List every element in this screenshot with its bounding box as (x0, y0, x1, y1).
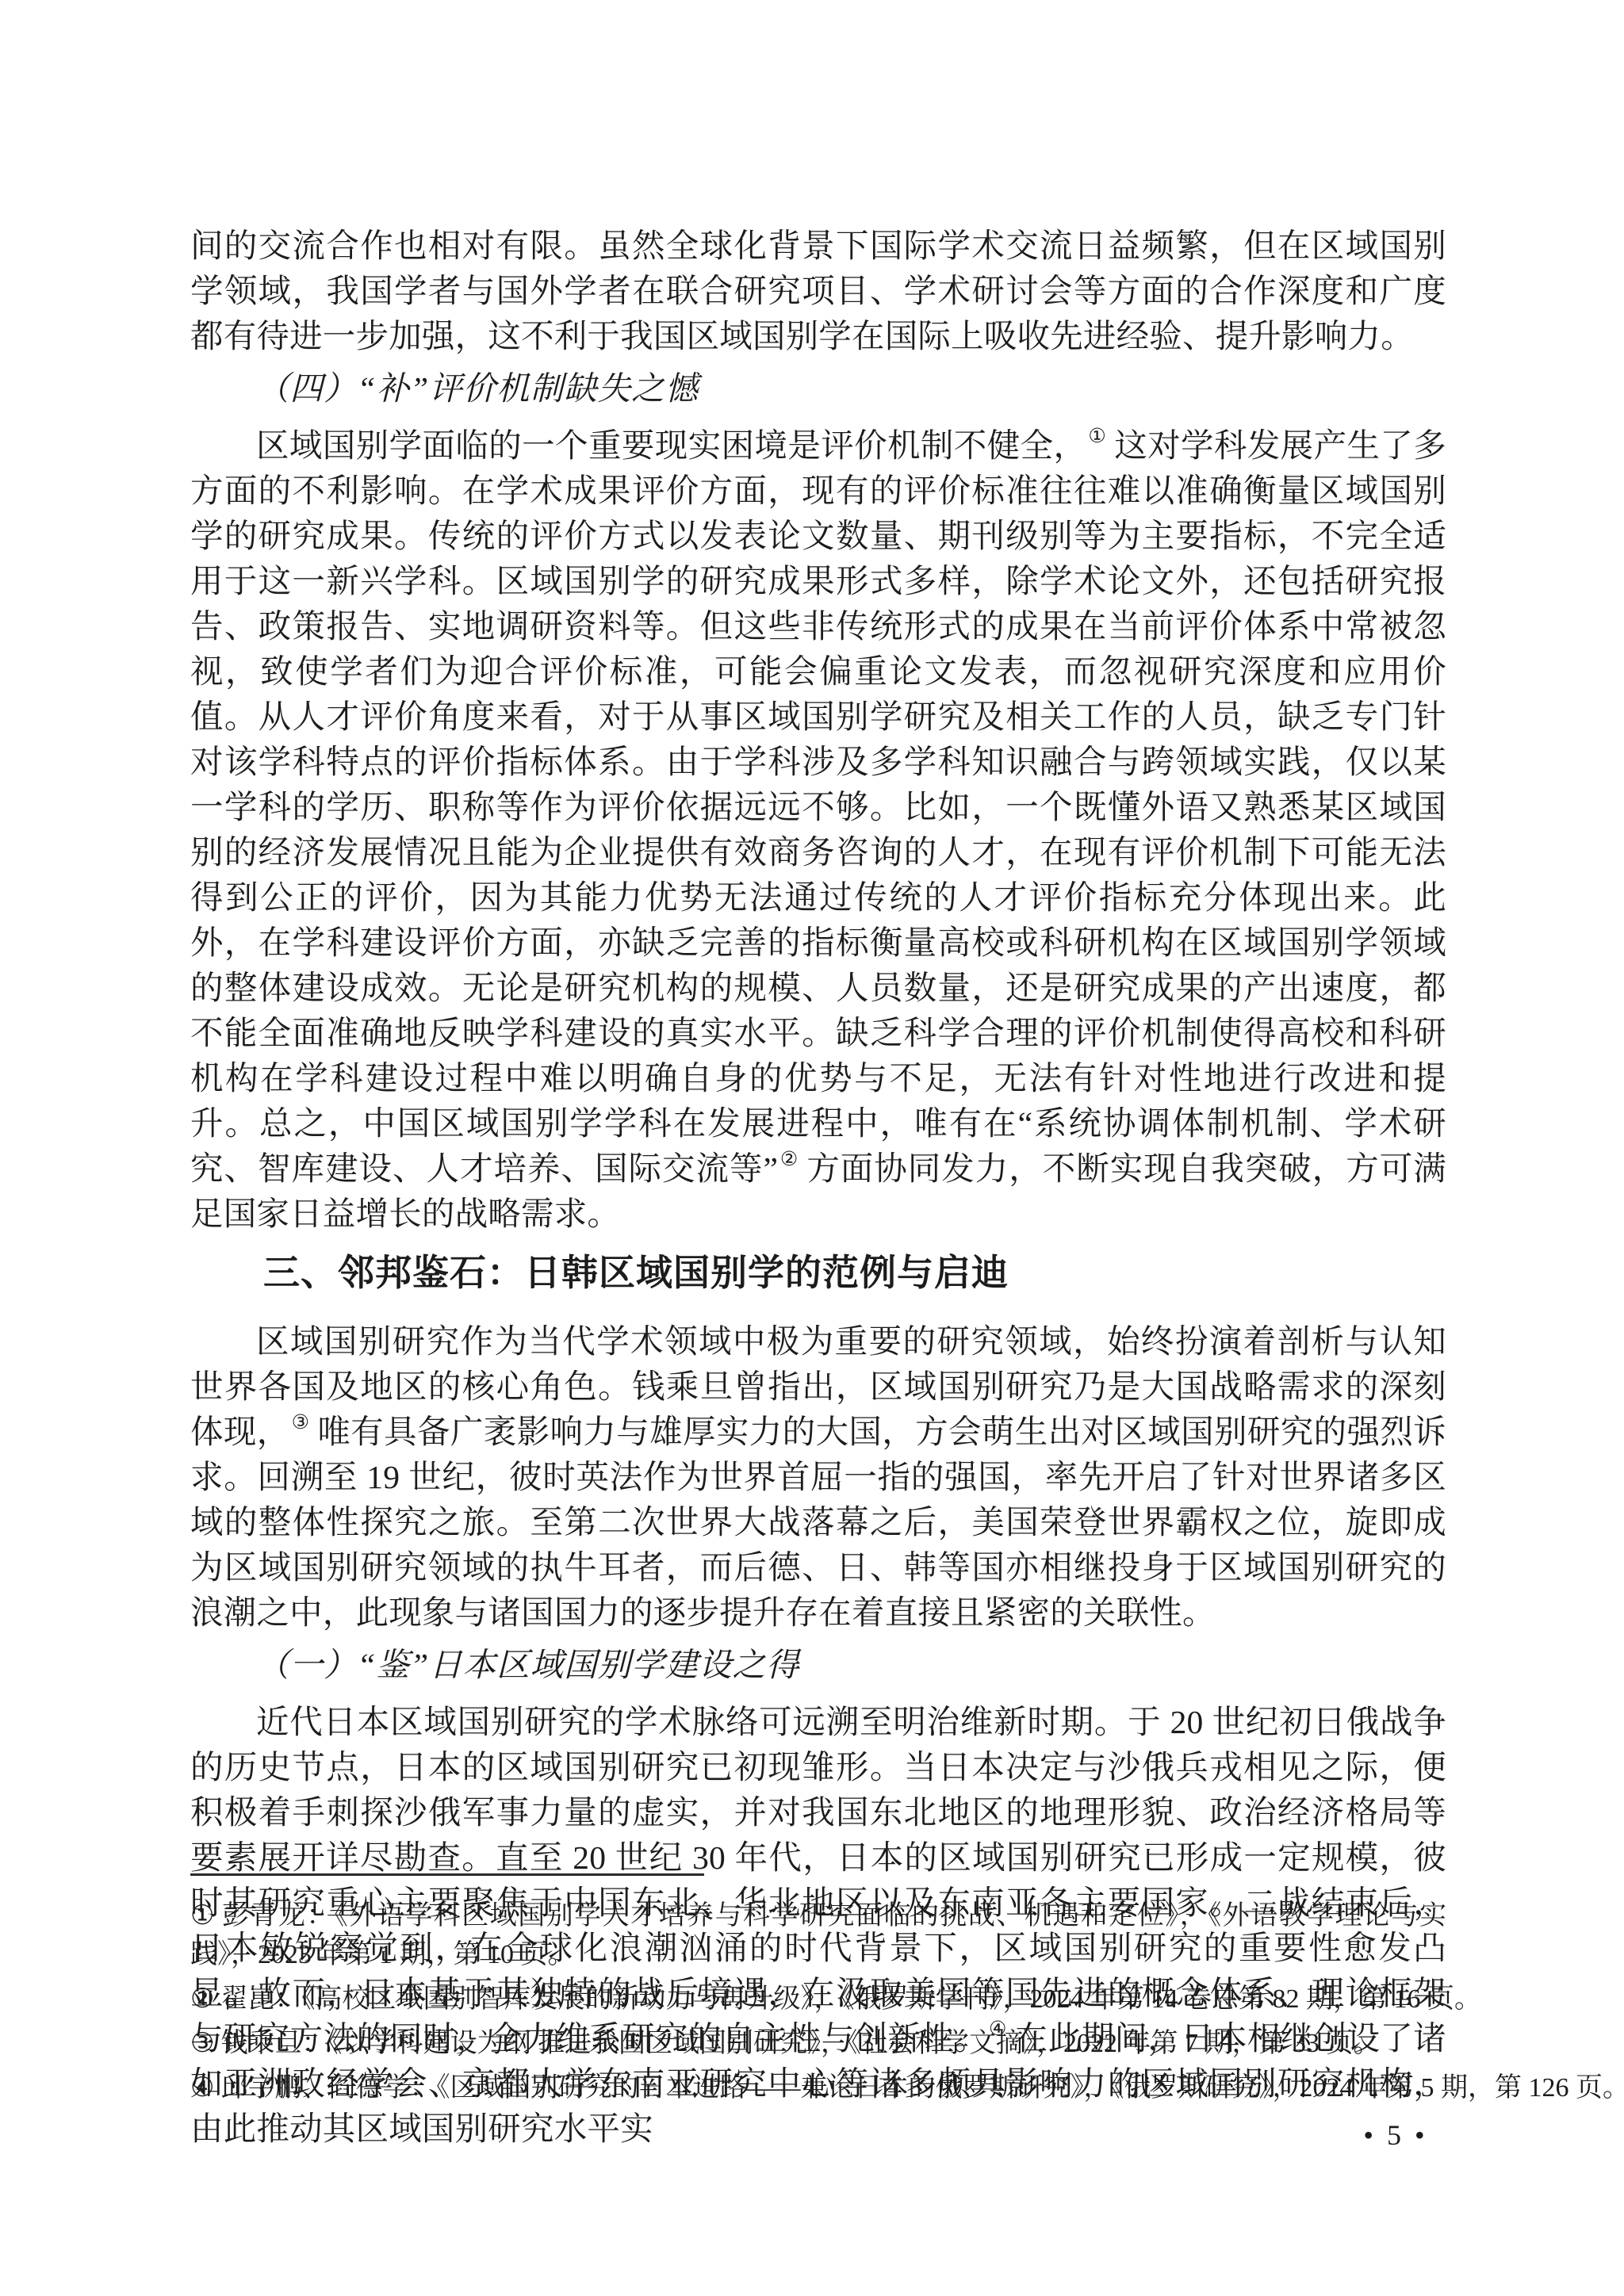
section3-heading: 三、邻邦鉴石：日韩区域国别学的范例与启迪 (190, 1248, 1446, 1297)
footnote-3: ③钱乘旦：《以学科建设为纲 推进我国区域国别研究》，《社会科学文摘》，2022 … (190, 2024, 1446, 2063)
footnote-area: ①彭青龙：《外语学科区域国别学人才培养与科学研究面临的挑战、机遇和定位》，《外语… (190, 1873, 1446, 2107)
paragraph-text: 唯有具备广袤影响力与雄厚实力的大国，方会萌生出对区域国别研究的强烈诉求。回溯至 … (190, 1414, 1446, 1631)
paragraph-region-intro: 区域国别研究作为当代学术领域中极为重要的研究领域，始终扮演着剖析与认知世界各国及… (190, 1319, 1446, 1636)
footnote-text: 彭青龙：《外语学科区域国别学人才培养与科学研究面临的挑战、机遇和定位》，《外语教… (190, 1901, 1446, 1969)
footnote-ref-1: ① (1088, 426, 1106, 447)
footnote-separator (190, 1873, 704, 1876)
footnote-marker: ③ (190, 2029, 214, 2058)
footnote-1: ①彭青龙：《外语学科区域国别学人才培养与科学研究面临的挑战、机遇和定位》，《外语… (190, 1896, 1446, 1974)
paragraph-continuation: 间的交流合作也相对有限。虽然全球化背景下国际学术交流日益频繁，但在区域国别学领域… (190, 224, 1446, 359)
footnote-text: 邱宇鹏、阎德学：《区域国别研究的日本进路——兼论日本的俄罗斯研究》，《俄罗斯研究… (220, 2073, 1624, 2103)
paragraph-text: 这对学科发展产生了多方面的不利影响。在学术成果评价方面，现有的评价标准往往难以准… (190, 427, 1446, 1187)
footnote-marker: ④ (190, 2073, 214, 2103)
paragraph-evaluation: 区域国别学面临的一个重要现实困境是评价机制不健全，①这对学科发展产生了多方面的不… (190, 423, 1446, 1237)
paragraph-text: 区域国别学面临的一个重要现实困境是评价机制不健全， (256, 427, 1086, 464)
footnote-marker: ② (190, 1984, 214, 2014)
footnote-ref-3: ③ (292, 1412, 310, 1433)
subheading-section1: （一）“鉴”日本区域国别学建设之得 (190, 1643, 1446, 1688)
page-number: • 5 • (1316, 2118, 1475, 2152)
subheading-section4: （四）“补”评价机制缺失之憾 (190, 366, 1446, 411)
footnote-2: ②翟崑：《高校区域国别智库发展的新动力与再升级》，《俄罗斯学刊》，2024 年第… (190, 1980, 1446, 2019)
footnote-4: ④邱宇鹏、阎德学：《区域国别研究的日本进路——兼论日本的俄罗斯研究》，《俄罗斯研… (190, 2068, 1446, 2107)
page-body: 间的交流合作也相对有限。虽然全球化背景下国际学术交流日益频繁，但在区域国别学领域… (190, 224, 1446, 2152)
footnote-ref-2: ② (779, 1149, 799, 1170)
footnote-text: 钱乘旦：《以学科建设为纲 推进我国区域国别研究》，《社会科学文摘》，2022 年… (220, 2029, 1380, 2058)
document-page: 间的交流合作也相对有限。虽然全球化背景下国际学术交流日益频繁，但在区域国别学领域… (0, 0, 1624, 2296)
footnote-text: 翟崑：《高校区域国别智库发展的新动力与再升级》，《俄罗斯学刊》，2024 年第 … (220, 1984, 1481, 2014)
footnote-marker: ① (190, 1901, 216, 1931)
